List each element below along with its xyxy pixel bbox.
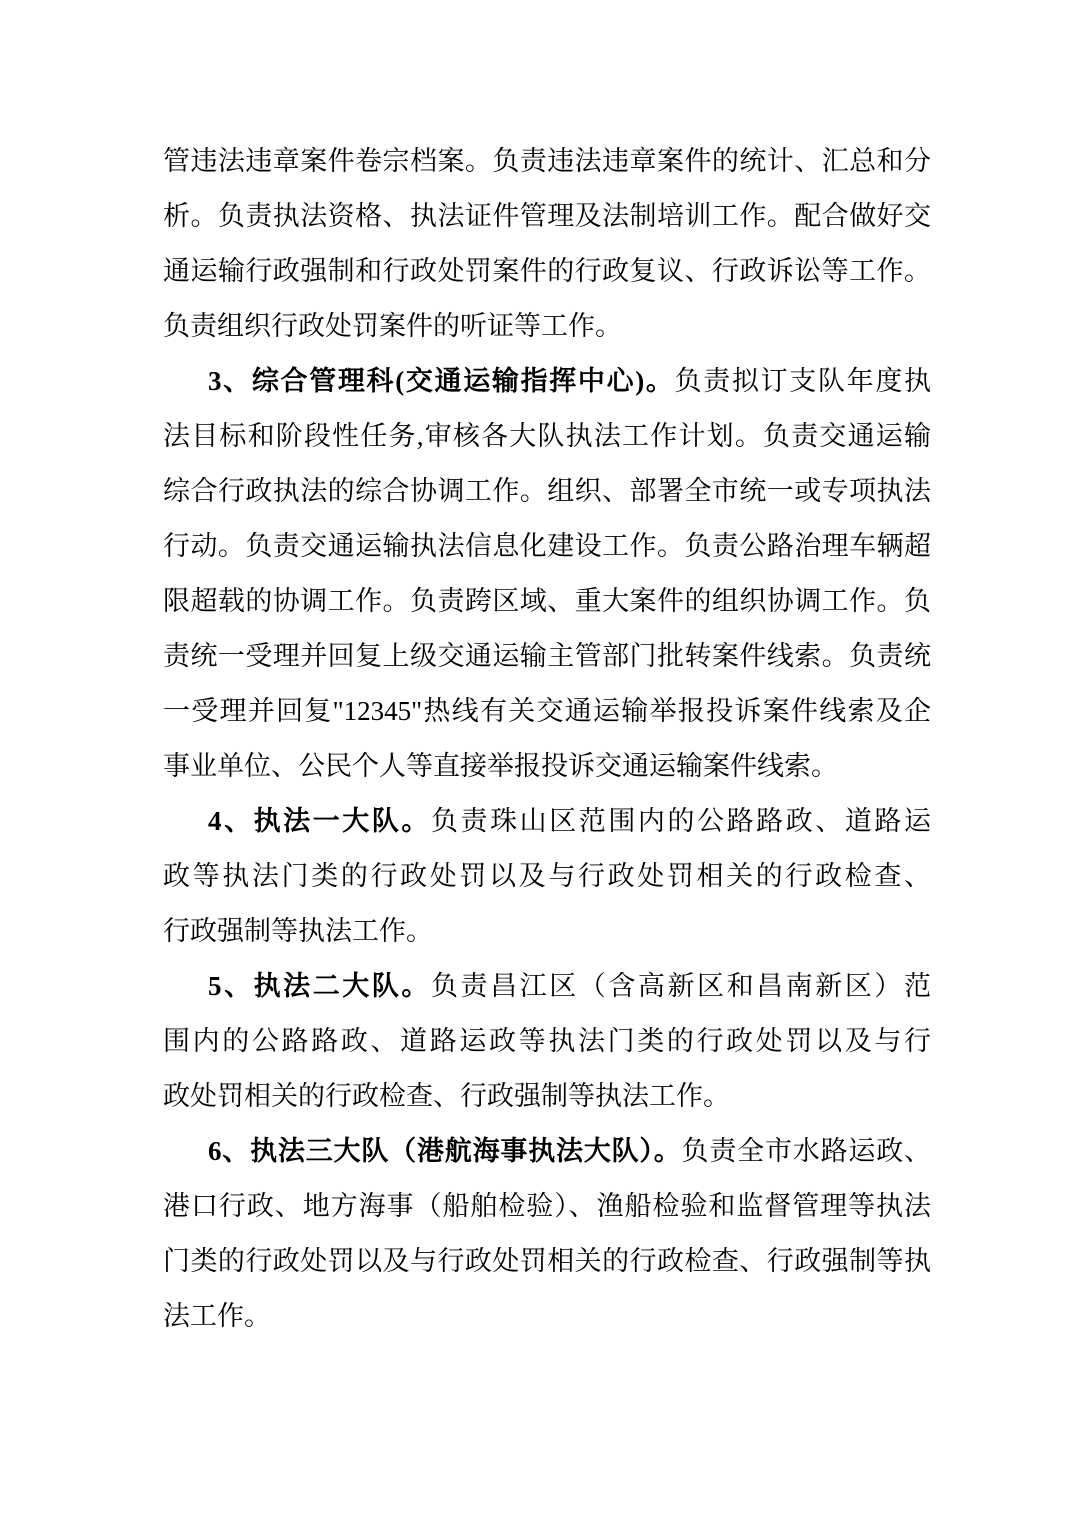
text-line: 一受理并回复"12345"热线有关交通运输举报投诉案件线索及企 bbox=[163, 684, 931, 739]
para-6-third-enforcement-brigade: 6、执法三大队（港航海事执法大队）。负责全市水路运政、港口行政、地方海事（船舶检… bbox=[163, 1124, 931, 1344]
body-text: 港口行政、地方海事（船舶检验）、渔船检验和监督管理等执法 bbox=[163, 1191, 931, 1221]
text-line: 政处罚相关的行政检查、行政强制等执法工作。 bbox=[163, 1069, 931, 1124]
document-body: 管违法违章案件卷宗档案。负责违法违章案件的统计、汇总和分析。负责执法资格、执法证… bbox=[163, 134, 931, 1344]
body-text: 负责拟订支队年度执 bbox=[675, 366, 931, 396]
text-line: 围内的公路路政、道路运政等执法门类的行政处罚以及与行 bbox=[163, 1014, 931, 1069]
para-legal-affairs-continued: 管违法违章案件卷宗档案。负责违法违章案件的统计、汇总和分析。负责执法资格、执法证… bbox=[163, 134, 931, 354]
text-line: 4、执法一大队。负责珠山区范围内的公路路政、道路运 bbox=[163, 794, 931, 849]
body-text: 析。负责执法资格、执法证件管理及法制培训工作。配合做好交 bbox=[163, 201, 931, 231]
body-text: 一受理并回复"12345"热线有关交通运输举报投诉案件线索及企 bbox=[163, 696, 931, 726]
text-line: 析。负责执法资格、执法证件管理及法制培训工作。配合做好交 bbox=[163, 189, 931, 244]
body-text: 法目标和阶段性任务,审核各大队执法工作计划。负责交通运输 bbox=[163, 421, 931, 451]
text-line: 负责组织行政处罚案件的听证等工作。 bbox=[163, 299, 931, 354]
text-line: 行动。负责交通运输执法信息化建设工作。负责公路治理车辆超 bbox=[163, 519, 931, 574]
body-text: 行政强制等执法工作。 bbox=[163, 916, 433, 946]
body-text: 负责珠山区范围内的公路路政、道路运 bbox=[431, 806, 931, 836]
body-text: 负责组织行政处罚案件的听证等工作。 bbox=[163, 311, 622, 341]
para-3-comprehensive-management-section: 3、综合管理科(交通运输指挥中心)。负责拟订支队年度执法目标和阶段性任务,审核各… bbox=[163, 354, 931, 794]
text-line: 事业单位、公民个人等直接举报投诉交通运输案件线索。 bbox=[163, 739, 931, 794]
text-line: 行政强制等执法工作。 bbox=[163, 904, 931, 959]
body-text: 综合行政执法的综合协调工作。组织、部署全市统一或专项执法 bbox=[163, 476, 931, 506]
body-text: 政处罚相关的行政检查、行政强制等执法工作。 bbox=[163, 1081, 730, 1111]
document-page: 管违法违章案件卷宗档案。负责违法违章案件的统计、汇总和分析。负责执法资格、执法证… bbox=[0, 0, 1074, 1520]
para-4-first-enforcement-brigade: 4、执法一大队。负责珠山区范围内的公路路政、道路运政等执法门类的行政处罚以及与行… bbox=[163, 794, 931, 959]
text-line: 限超载的协调工作。负责跨区域、重大案件的组织协调工作。负 bbox=[163, 574, 931, 629]
text-line: 责统一受理并回复上级交通运输主管部门批转案件线索。负责统 bbox=[163, 629, 931, 684]
section-heading-text: 5、执法二大队。 bbox=[208, 971, 431, 1001]
text-line: 管违法违章案件卷宗档案。负责违法违章案件的统计、汇总和分 bbox=[163, 134, 931, 189]
body-text: 围内的公路路政、道路运政等执法门类的行政处罚以及与行 bbox=[163, 1026, 931, 1056]
body-text: 政等执法门类的行政处罚以及与行政处罚相关的行政检查、 bbox=[163, 861, 931, 891]
body-text: 管违法违章案件卷宗档案。负责违法违章案件的统计、汇总和分 bbox=[163, 146, 931, 176]
section-heading-text: 6、执法三大队（港航海事执法大队）。 bbox=[208, 1136, 682, 1166]
body-text: 负责昌江区（含高新区和昌南新区）范 bbox=[431, 971, 931, 1001]
body-text: 通运输行政强制和行政处罚案件的行政复议、行政诉讼等工作。 bbox=[163, 256, 931, 286]
section-heading-text: 4、执法一大队。 bbox=[208, 806, 431, 836]
text-line: 政等执法门类的行政处罚以及与行政处罚相关的行政检查、 bbox=[163, 849, 931, 904]
text-line: 港口行政、地方海事（船舶检验）、渔船检验和监督管理等执法 bbox=[163, 1179, 931, 1234]
section-heading-text: 3、综合管理科(交通运输指挥中心)。 bbox=[208, 366, 675, 396]
body-text: 门类的行政处罚以及与行政处罚相关的行政检查、行政强制等执 bbox=[163, 1246, 931, 1276]
text-line: 法工作。 bbox=[163, 1289, 931, 1344]
body-text: 行动。负责交通运输执法信息化建设工作。负责公路治理车辆超 bbox=[163, 531, 931, 561]
para-5-second-enforcement-brigade: 5、执法二大队。负责昌江区（含高新区和昌南新区）范围内的公路路政、道路运政等执法… bbox=[163, 959, 931, 1124]
text-line: 5、执法二大队。负责昌江区（含高新区和昌南新区）范 bbox=[163, 959, 931, 1014]
body-text: 负责全市水路运政、 bbox=[682, 1136, 931, 1166]
text-line: 3、综合管理科(交通运输指挥中心)。负责拟订支队年度执 bbox=[163, 354, 931, 409]
body-text: 责统一受理并回复上级交通运输主管部门批转案件线索。负责统 bbox=[163, 641, 931, 671]
text-line: 6、执法三大队（港航海事执法大队）。负责全市水路运政、 bbox=[163, 1124, 931, 1179]
body-text: 限超载的协调工作。负责跨区域、重大案件的组织协调工作。负 bbox=[163, 586, 931, 616]
text-line: 通运输行政强制和行政处罚案件的行政复议、行政诉讼等工作。 bbox=[163, 244, 931, 299]
body-text: 事业单位、公民个人等直接举报投诉交通运输案件线索。 bbox=[163, 751, 838, 781]
body-text: 法工作。 bbox=[163, 1301, 271, 1331]
text-line: 法目标和阶段性任务,审核各大队执法工作计划。负责交通运输 bbox=[163, 409, 931, 464]
text-line: 门类的行政处罚以及与行政处罚相关的行政检查、行政强制等执 bbox=[163, 1234, 931, 1289]
text-line: 综合行政执法的综合协调工作。组织、部署全市统一或专项执法 bbox=[163, 464, 931, 519]
